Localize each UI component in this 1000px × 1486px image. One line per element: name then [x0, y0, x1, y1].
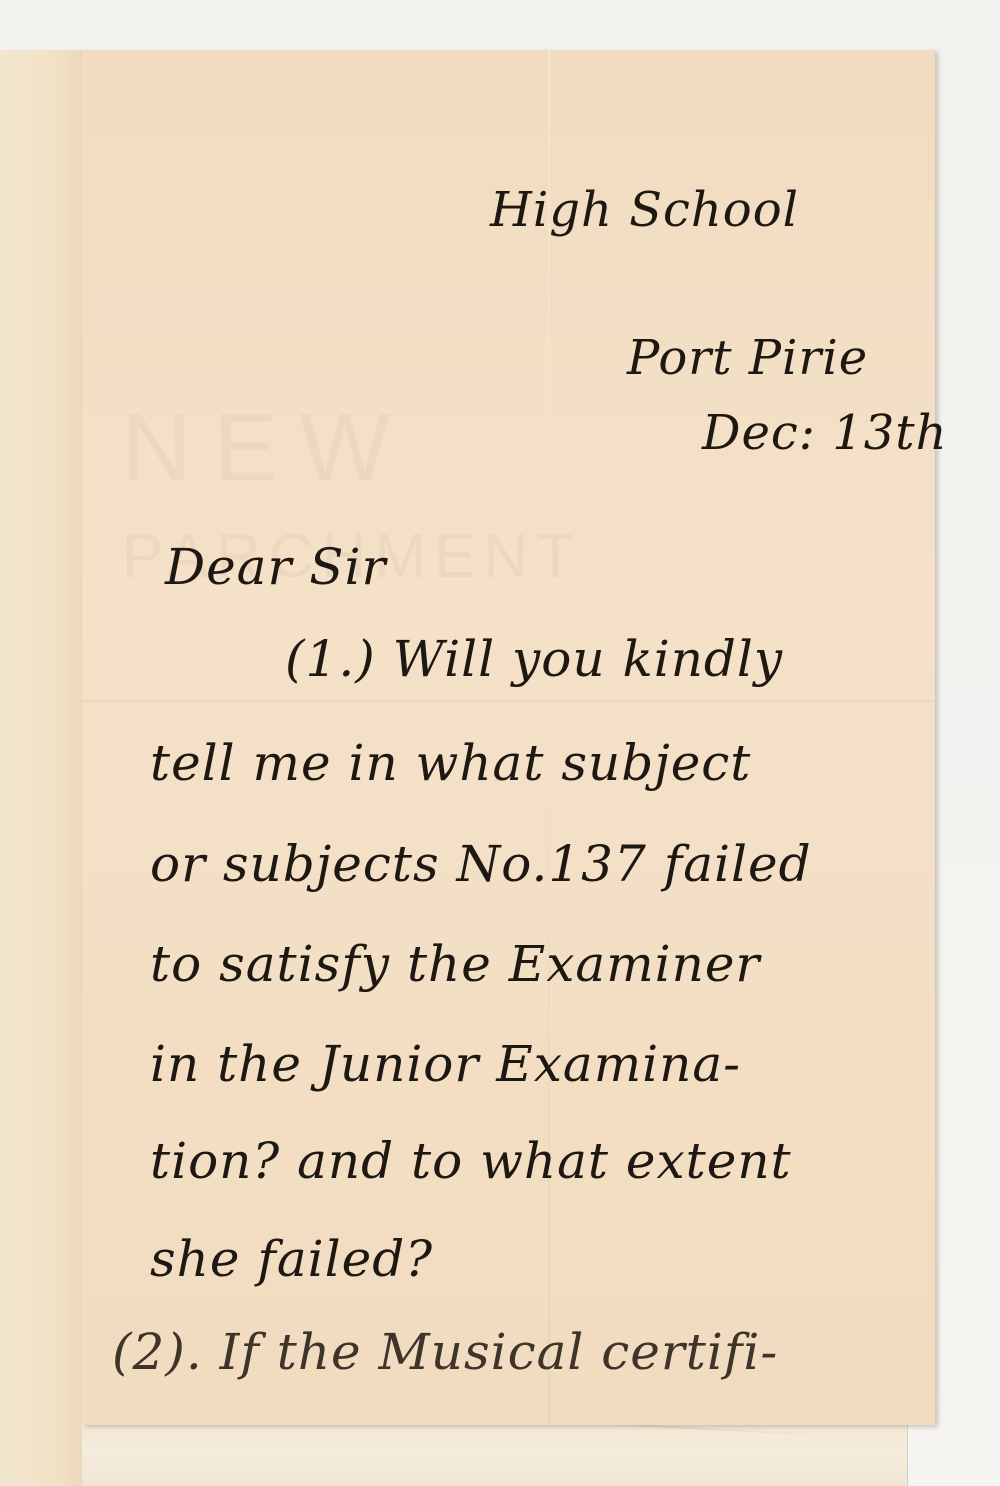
letter-page: NEW PARCHMENT High School Port Pirie Dec…: [82, 50, 935, 1425]
body-line-4: to satisfy the Examiner: [150, 935, 760, 993]
body-line-7: she failed?: [150, 1230, 433, 1288]
body-line-1: (1.) Will you kindly: [285, 630, 783, 688]
watermark-line-1: NEW: [122, 394, 412, 501]
letter-date: Dec: 13th: [702, 405, 947, 461]
body-line-3: or subjects No.137 failed: [150, 835, 812, 893]
left-facing-page: [0, 50, 84, 1486]
body-line-2: tell me in what subject: [150, 734, 751, 792]
salutation: Dear Sir: [165, 538, 386, 596]
body-line-6: tion? and to what extent: [150, 1132, 792, 1190]
address-line-town: Port Pirie: [627, 330, 868, 386]
horizontal-fold: [82, 700, 935, 702]
body-line-5: in the Junior Examina-: [150, 1035, 741, 1093]
body-line-8: (2). If the Musical certifi-: [112, 1323, 778, 1381]
address-line-school: High School: [490, 182, 799, 238]
